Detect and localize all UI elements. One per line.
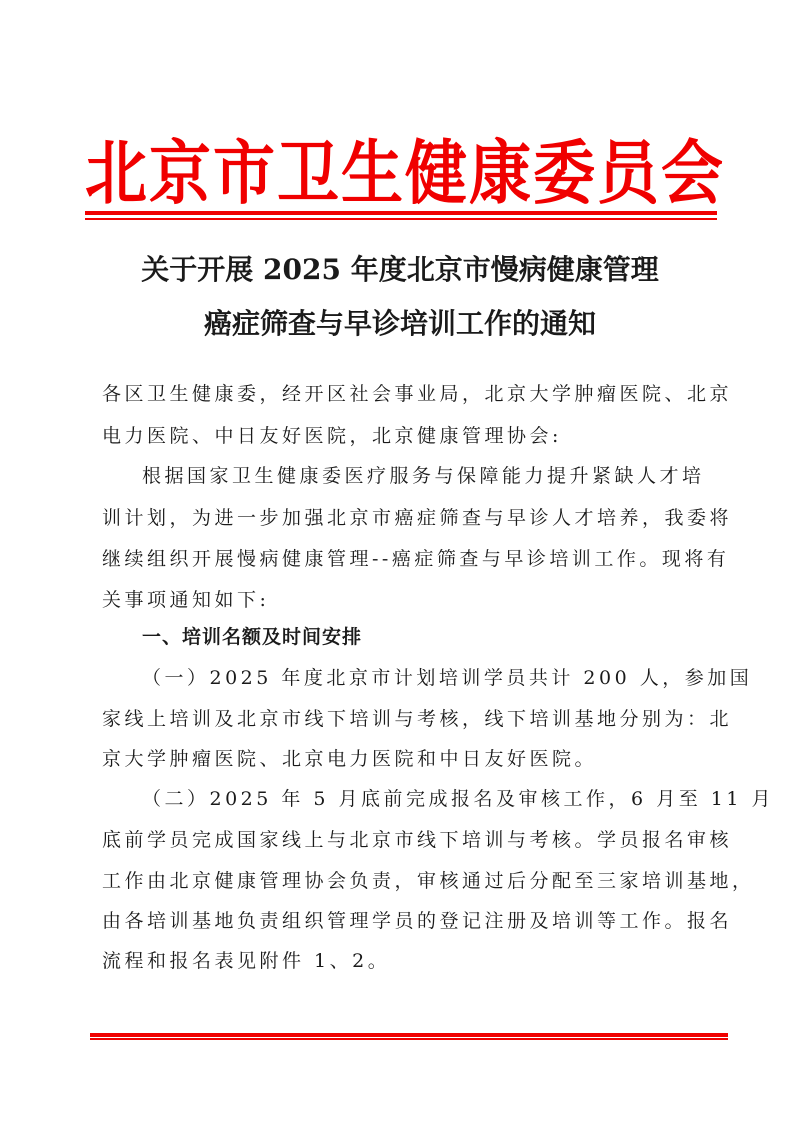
item-2-line-3: 工作由北京健康管理协会负责，审核通过后分配至三家培训基地， (102, 868, 712, 894)
intro-line-3: 继续组织开展慢病健康管理--癌症筛查与早诊培训工作。现将有 (102, 546, 712, 572)
section-1-heading: 一、培训名额及时间安排 (142, 624, 752, 650)
item-2-line-4: 由各培训基地负责组织管理学员的登记注册及培训等工作。报名 (102, 908, 712, 934)
masthead-rule-thin (85, 218, 717, 220)
item-2-line-1: （二）2025 年 5 月底前完成报名及审核工作，6 月至 11 月 (142, 786, 752, 812)
document-title-line-2: 癌症筛查与早诊培训工作的通知 (100, 302, 700, 342)
footer-rule-thick (90, 1033, 728, 1037)
addressee-line-2: 电力医院、中日友好医院，北京健康管理协会: (102, 423, 712, 449)
intro-line-1: 根据国家卫生健康委医疗服务与保障能力提升紧缺人才培 (142, 463, 752, 489)
addressee-line-1: 各区卫生健康委，经开区社会事业局，北京大学肿瘤医院、北京 (102, 381, 712, 407)
item-1-line-1: （一）2025 年度北京市计划培训学员共计 200 人，参加国 (142, 665, 752, 691)
masthead-title: 北京市卫生健康委员会 (85, 133, 717, 214)
item-1-line-2: 家线上培训及北京市线下培训与考核，线下培训基地分别为：北 (102, 706, 712, 732)
intro-line-4: 关事项通知如下: (102, 587, 712, 613)
footer-rule-thin (90, 1038, 728, 1040)
item-2-line-5: 流程和报名表见附件 1、2。 (102, 948, 712, 974)
item-2-line-2: 底前学员完成国家线上与北京市线下培训与考核。学员报名审核 (102, 827, 712, 853)
document-page: 北京市卫生健康委员会 关于开展 2025 年度北京市慢病健康管理 癌症筛查与早诊… (0, 0, 800, 1131)
intro-line-2: 训计划，为进一步加强北京市癌症筛查与早诊人才培养，我委将 (102, 505, 712, 531)
masthead-rule-thick (85, 211, 717, 215)
document-title-line-1: 关于开展 2025 年度北京市慢病健康管理 (100, 248, 700, 288)
item-1-line-3: 京大学肿瘤医院、北京电力医院和中日友好医院。 (102, 746, 712, 772)
